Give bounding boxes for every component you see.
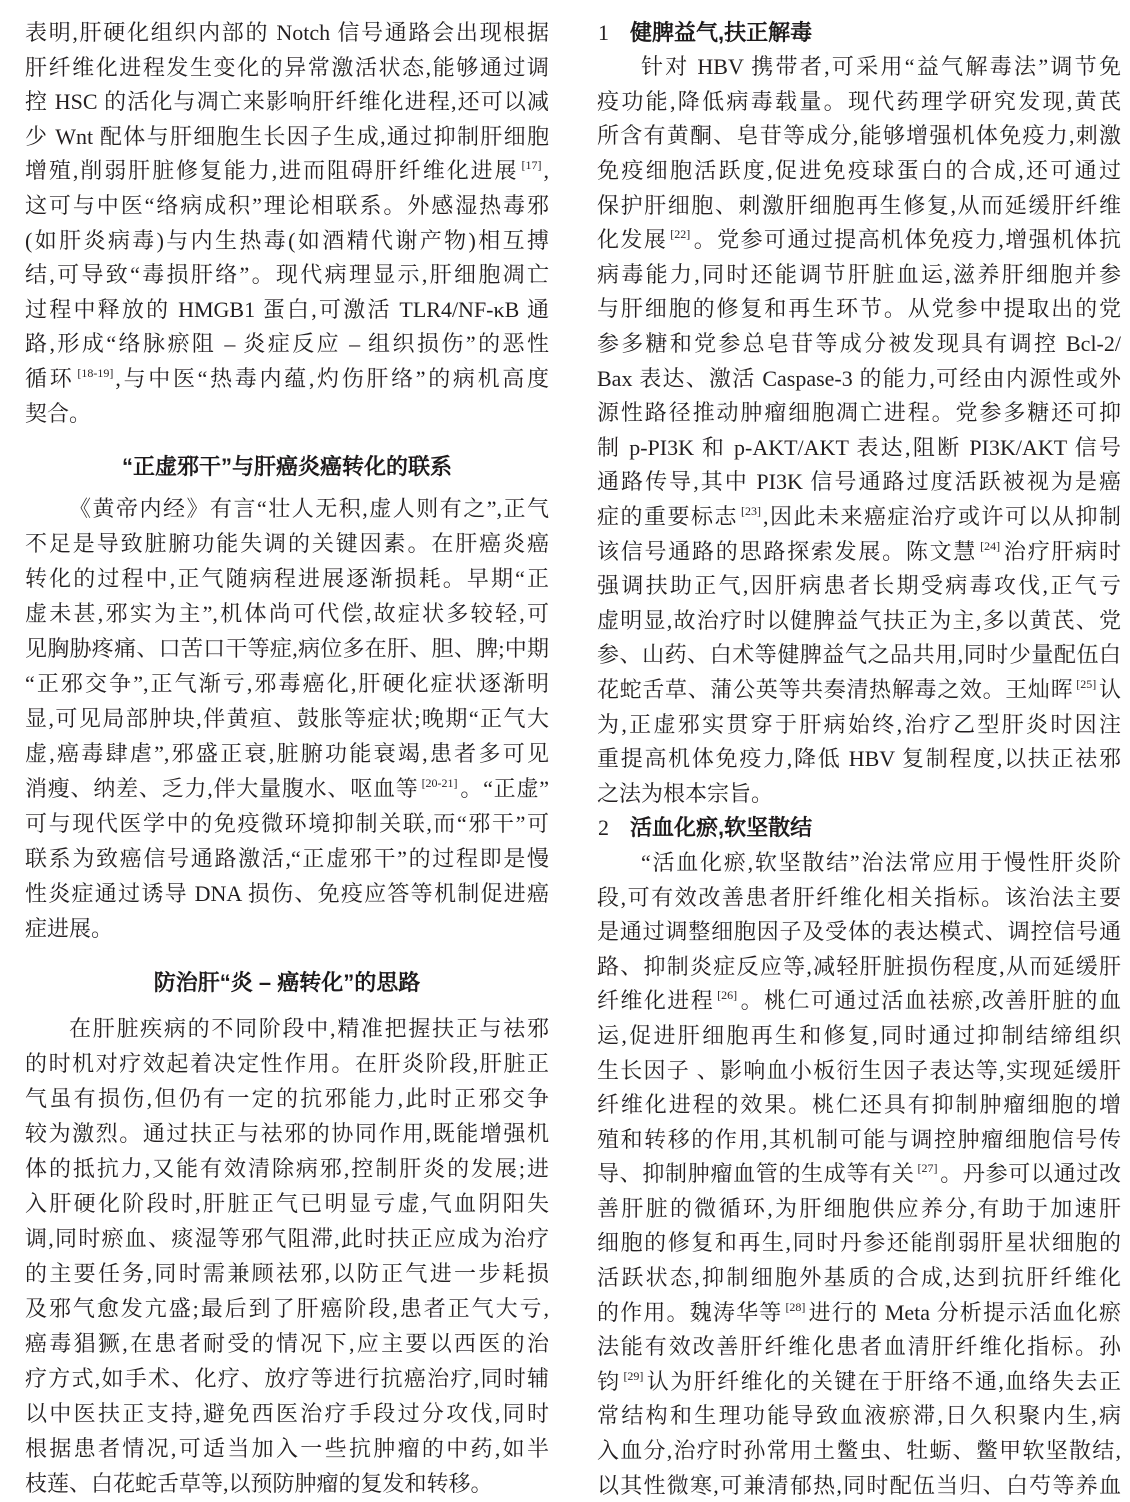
text-line: 症进展。 [25,911,549,946]
line-text: 。丹参可以通过改 [940,1161,1121,1186]
text-line: 癌毒猖獗,在患者耐受的情况下,应主要以西医的治 [25,1326,549,1361]
paragraph-liver-fibrosis-continuation: 表明,肝硬化组织内部的 Notch 信号通路会出现根据 肝纤维化进程发生变化的异… [25,16,549,431]
line-text: 治疗肝病时 [1002,539,1121,564]
text-line: 殖和转移的作用,其机制可能与调控肿瘤细胞信号传 [597,1123,1121,1158]
text-line: “活血化瘀,软坚散结”治法常应用于慢性肝炎阶 [597,846,1121,881]
text-line: 疫功能,降低病毒载量。现代药理学研究发现,黄芪 [597,85,1121,120]
text-line: 免疫细胞活跃度,促进免疫球蛋白的合成,还可通过 [597,154,1121,189]
citation-ref: [26] [717,988,737,1002]
citation-ref: [29] [623,1369,643,1383]
text-line: 控 HSC 的活化与凋亡来影响肝纤维化进程,还可以减 [25,85,549,120]
text-line: 强调扶助正气,因肝病患者长期受病毒攻伐,正气亏 [597,569,1121,604]
text-line: 可与现代医学中的免疫微环境抑制关联,而“邪干”可 [25,806,549,841]
text-line: 虚,癌毒肆虐”,邪盛正衰,脏腑功能衰竭,患者多可见 [25,736,549,771]
text-line: 善肝脏的微循环,为肝细胞供应养分,有助于加速肝 [597,1192,1121,1227]
text-line: 根据患者情况,可适当加入一些抗肿瘤的中药,如半 [25,1431,549,1466]
text-line: 的作用。魏涛华等[28]进行的 Meta 分析提示活血化瘀 [597,1296,1121,1331]
text-line: 这可与中医“络病成积”理论相联系。外感湿热毒邪 [25,189,549,224]
text-line: 过程中释放的 HMGB1 蛋白,可激活 TLR4/NF-κB 通 [25,293,549,328]
text-line: 在肝脏疾病的不同阶段中,精准把握扶正与祛邪 [25,1011,549,1046]
citation-ref: [17] [522,158,542,172]
text-line: 法能有效改善肝纤维化患者血清肝纤维化指标。孙 [597,1330,1121,1365]
line-text: 症的重要标志 [597,504,738,529]
citation-ref: [27] [918,1161,938,1175]
subsection-title: 活血化瘀,软坚散结 [630,815,812,840]
text-line: 入肝硬化阶段时,肝脏正气已明显亏虚,气血阴阳失 [25,1186,549,1221]
line-text: 纤维化进程 [597,988,714,1013]
text-line: 不足是导致脏腑功能失调的关键因素。在肝癌炎癌 [25,526,549,561]
text-line: 生长因子 、影响血小板衍生因子表达等,实现延缓肝 [597,1054,1121,1089]
text-line: 及邪气愈发亢盛;最后到了肝癌阶段,患者正气大亏, [25,1291,549,1326]
text-line: “正邪交争”,正气渐亏,邪毒癌化,肝硬化症状逐渐明 [25,666,549,701]
text-line: 之法为根本宗旨。 [597,777,1121,812]
text-line: 钧[29]认为肝纤维化的关键在于肝络不通,血络失去正 [597,1365,1121,1400]
line-text: 花蛇舌草、蒲公英等共奏清热解毒之效。王灿晖 [597,677,1073,702]
text-line: 是通过调整细胞因子及受体的表达模式、调控信号通 [597,915,1121,950]
line-text: 导、抑制肿瘤血管的生成等有关 [597,1161,915,1186]
line-text: 化发展 [597,227,667,252]
right-column: 1健脾益气,扶正解毒 针对 HBV 携带者,可采用“益气解毒法”调节免 疫功能,… [597,0,1121,1502]
text-line: 源性路径推动肿瘤细胞凋亡进程。党参多糖还可抑 [597,396,1121,431]
text-line: 体的抵抗力,又能有效清除病邪,控制肝炎的发展;进 [25,1151,549,1186]
subsection-heading-2: 2活血化瘀,软坚散结 [597,811,1121,846]
text-line: 与肝细胞的修复和再生环节。从党参中提取出的党 [597,292,1121,327]
text-line: 运,促进肝细胞再生和修复,同时通过抑制结缔组织 [597,1019,1121,1054]
citation-ref: [24] [980,539,1000,553]
citation-ref: [25] [1076,677,1096,691]
subsection-title: 健脾益气,扶正解毒 [630,20,812,45]
text-line: 参、山药、白术等健脾益气之品共用,同时少量配伍白 [597,638,1121,673]
text-line: 较为激烈。通过扶正与祛邪的协同作用,既能增强机 [25,1116,549,1151]
text-line: 通路传导,其中 PI3K 信号通路过度活跃被视为是癌 [597,465,1121,500]
subsection-number: 1 [597,16,630,51]
line-text: 。“正虚” [460,776,549,801]
left-column: 表明,肝硬化组织内部的 Notch 信号通路会出现根据 肝纤维化进程发生变化的异… [25,0,549,1502]
text-line: 消瘦、纳差、乏力,伴大量腹水、呕血等[20-21]。“正虚” [25,771,549,806]
text-line: 的主要任务,同时需兼顾祛邪,以防正气进一步耗损 [25,1256,549,1291]
paragraph-zhengxu-xiegan: 《黄帝内经》有言“壮人无积,虚人则有之”,正气 不足是导致脏腑功能失调的关键因素… [25,491,549,946]
text-line: 路、抑制炎症反应等,减轻肝脏损伤程度,从而延缓肝 [597,950,1121,985]
text-line: 肝纤维化进程发生变化的异常激活状态,能够通过调 [25,51,549,86]
citation-ref: [18-19] [77,366,113,380]
text-line: 《黄帝内经》有言“壮人无积,虚人则有之”,正气 [25,491,549,526]
line-text: 该信号通路的思路探索发展。陈文慧 [597,539,977,564]
text-line: 枝莲、白花蛇舌草等,以预防肿瘤的复发和转移。 [25,1466,549,1501]
text-line: 纤维化进程[26]。桃仁可通过活血祛瘀,改善肝脏的血 [597,984,1121,1019]
text-line: 活跃状态,抑制细胞外基质的合成,达到抗肝纤维化 [597,1261,1121,1296]
line-text: 钧 [597,1369,620,1394]
text-line: 花蛇舌草、蒲公英等共奏清热解毒之效。王灿晖[25]认 [597,673,1121,708]
line-text: , [544,158,550,183]
section-heading-prevention-strategy: 防治肝“炎 – 癌转化”的思路 [25,966,549,1001]
text-line: 病毒能力,同时还能调节肝脏血运,滋养肝细胞并参 [597,258,1121,293]
text-line: 结,可导致“毒损肝络”。现代病理显示,肝细胞凋亡 [25,258,549,293]
text-line: 常结构和生理功能导致血液瘀滞,日久积聚内生,病 [597,1399,1121,1434]
text-line: Bax 表达、激活 Caspase-3 的能力,可经由内源性或外 [597,362,1121,397]
text-line: 少 Wnt 配体与肝细胞生长因子生成,通过抑制肝细胞 [25,120,549,155]
text-line: 段,可有效改善患者肝纤维化相关指标。该治法主要 [597,881,1121,916]
line-text: ,与中医“热毒内蕴,灼伤肝络”的病机高度 [115,366,549,391]
line-text: 认为肝纤维化的关键在于肝络不通,血络失去正 [645,1369,1121,1394]
text-line: 症的重要标志[23],因此未来癌症治疗或许可以从抑制 [597,500,1121,535]
subsection-heading-1: 1健脾益气,扶正解毒 [597,16,1121,51]
text-line: 重提高机体免疫力,降低 HBV 复制程度,以扶正祛邪 [597,742,1121,777]
text-line: 化发展[22]。党参可通过提高机体免疫力,增强机体抗 [597,223,1121,258]
text-line: (如肝炎病毒)与内生热毒(如酒精代谢产物)相互搏 [25,224,549,259]
citation-ref: [23] [741,504,761,518]
citation-ref: [22] [670,227,690,241]
text-line: 契合。 [25,397,549,432]
citation-ref: [28] [785,1300,805,1314]
section-heading-zhengxu-xiegan: “正虚邪干”与肝癌炎癌转化的联系 [25,450,549,485]
line-text: 。桃仁可通过活血祛瘀,改善肝脏的血 [739,988,1121,1013]
line-text: ,因此未来癌症治疗或许可以从抑制 [763,504,1121,529]
text-line: 表明,肝硬化组织内部的 Notch 信号通路会出现根据 [25,16,549,51]
text-line: 路,形成“络脉瘀阻 – 炎症反应 – 组织损伤”的恶性 [25,327,549,362]
text-line: 针对 HBV 携带者,可采用“益气解毒法”调节免 [597,50,1121,85]
text-line: 入血分,治疗时孙常用土鳖虫、牡蛎、鳖甲软坚散结, [597,1434,1121,1469]
text-line: 虚未甚,邪实为主”,机体尚可代偿,故症状多较轻,可 [25,596,549,631]
line-text: 消瘦、纳差、乏力,伴大量腹水、呕血等 [25,776,419,801]
subsection-number: 2 [597,811,630,846]
text-line: 制 p-PI3K 和 p-AKT/AKT 表达,阻断 PI3K/AKT 信号 [597,431,1121,466]
paragraph-prevention-strategy: 在肝脏疾病的不同阶段中,精准把握扶正与祛邪 的时机对疗效起着决定性作用。在肝炎阶… [25,1011,549,1501]
text-line: 性炎症通过诱导 DNA 损伤、免疫应答等机制促进癌 [25,876,549,911]
text-line: 气虽有损伤,但仍有一定的抗邪能力,此时正邪交争 [25,1081,549,1116]
text-line: 以其性微寒,可兼清郁热,同时配伍当归、白芍等养血 [597,1469,1121,1502]
citation-ref: [20-21] [422,776,458,790]
text-line: 以中医扶正支持,避免西医治疗手段过分攻伐,同时 [25,1396,549,1431]
text-line: 疗方式,如手术、化疗、放疗等进行抗癌治疗,同时辅 [25,1361,549,1396]
line-text: 的作用。魏涛华等 [597,1300,782,1325]
text-line: 增殖,削弱肝脏修复能力,进而阻碍肝纤维化进展[17], [25,154,549,189]
line-text: 增殖,削弱肝脏修复能力,进而阻碍肝纤维化进展 [25,158,519,183]
right-column-flow: 1健脾益气,扶正解毒 针对 HBV 携带者,可采用“益气解毒法”调节免 疫功能,… [597,16,1121,1502]
text-line: 显,可见局部肿块,伴黄疸、鼓胀等症状;晚期“正气大 [25,701,549,736]
text-line: 虚明显,故治疗时以健脾益气扶正为主,多以黄芪、党 [597,604,1121,639]
text-line: 细胞的修复和再生,同时丹参还能削弱肝星状细胞的 [597,1226,1121,1261]
text-line: 导、抑制肿瘤血管的生成等有关[27]。丹参可以通过改 [597,1157,1121,1192]
text-line: 参多糖和党参总皂苷等成分被发现具有调控 Bcl-2/ [597,327,1121,362]
text-line: 的时机对疗效起着决定性作用。在肝炎阶段,肝脏正 [25,1046,549,1081]
line-text: 认 [1098,677,1121,702]
text-line: 该信号通路的思路探索发展。陈文慧[24]治疗肝病时 [597,535,1121,570]
text-line: 为,正虚邪实贯穿于肝病始终,治疗乙型肝炎时因注 [597,708,1121,743]
text-line: 转化的过程中,正气随病程进展逐渐损耗。早期“正 [25,561,549,596]
text-line: 调,同时瘀血、痰湿等邪气阻滞,此时扶正应成为治疗 [25,1221,549,1256]
text-line: 纤维化进程的效果。桃仁还具有抑制肿瘤细胞的增 [597,1088,1121,1123]
text-line: 循环[18-19],与中医“热毒内蕴,灼伤肝络”的病机高度 [25,362,549,397]
text-line: 见胸胁疼痛、口苦口干等症,病位多在肝、胆、脾;中期 [25,631,549,666]
text-line: 所含有黄酮、皂苷等成分,能够增强机体免疫力,刺激 [597,119,1121,154]
line-text: 。党参可通过提高机体免疫力,增强机体抗 [692,227,1121,252]
text-line: 保护肝细胞、刺激肝细胞再生修复,从而延缓肝纤维 [597,189,1121,224]
line-text: 循环 [25,366,74,391]
line-text: 进行的 Meta 分析提示活血化瘀 [807,1300,1121,1325]
text-line: 联系为致癌信号通路激活,“正虚邪干”的过程即是慢 [25,841,549,876]
